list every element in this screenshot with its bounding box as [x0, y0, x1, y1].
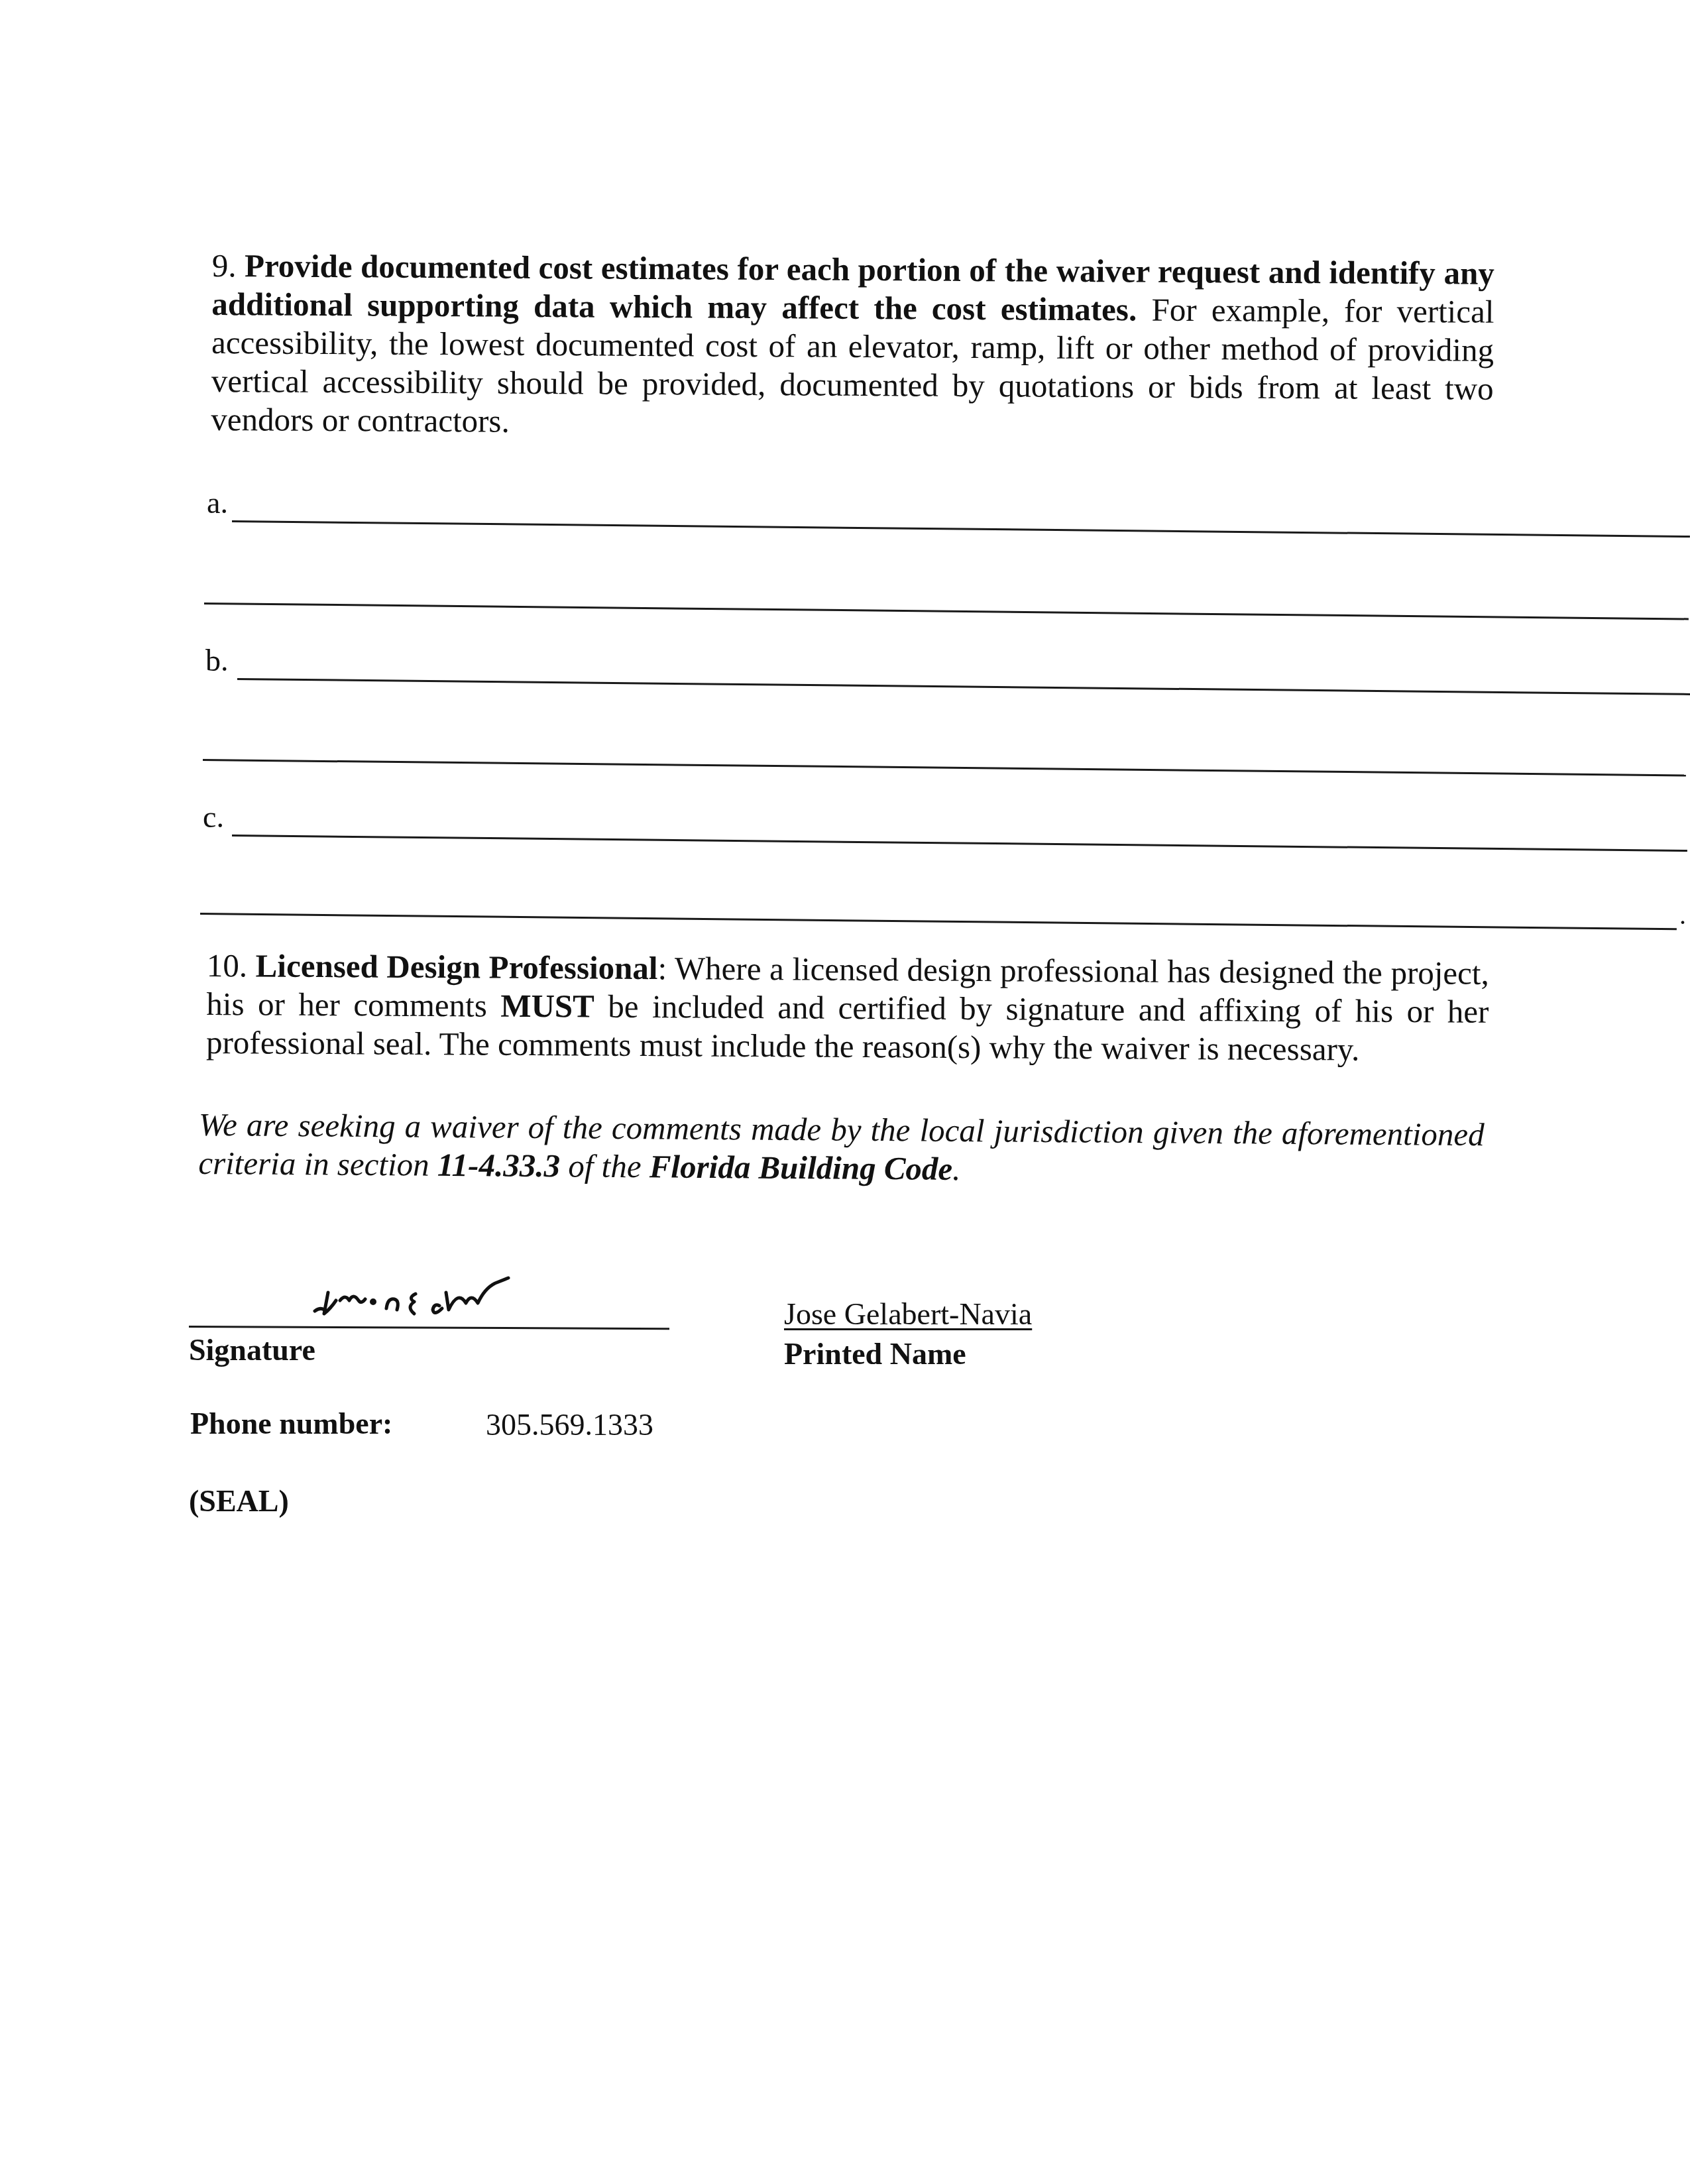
fill-in-label: b.	[205, 646, 229, 676]
statement-end: .	[952, 1151, 961, 1187]
fill-in-row: b.	[205, 640, 1690, 680]
fill-in-label: a.	[207, 488, 228, 518]
section-9-paragraph: 9. Provide documented cost estimates for…	[211, 247, 1494, 447]
code-name: Florida Building Code	[649, 1148, 953, 1187]
printed-name-label: Printed Name	[784, 1334, 1032, 1374]
fill-in-line[interactable]	[204, 603, 1689, 620]
section-9-number: 9.	[212, 247, 237, 284]
seal-label: (SEAL)	[189, 1483, 289, 1519]
section-10-title: Licensed Design Professional	[256, 947, 658, 986]
phone-row: Phone number: 305.569.1333	[190, 1405, 392, 1442]
fill-in-line[interactable]	[232, 834, 1687, 852]
phone-label: Phone number:	[190, 1407, 392, 1440]
fill-in-line[interactable]	[203, 759, 1686, 776]
fill-in-row	[204, 565, 1689, 604]
fill-in-row: a.	[207, 483, 1690, 522]
waiver-statement: We are seeking a waiver of the comments …	[198, 1106, 1485, 1192]
statement-text-2: of the	[568, 1147, 642, 1184]
handwritten-signature	[308, 1259, 600, 1332]
fill-in-row	[203, 721, 1686, 761]
printed-name-block: Jose Gelabert-Navia Printed Name	[784, 1296, 1032, 1374]
trailing-period: .	[1679, 899, 1686, 931]
phone-value: 305.569.1333	[486, 1407, 653, 1444]
fill-in-line[interactable]	[237, 678, 1690, 695]
section-reference: 11-4.33.3	[437, 1147, 561, 1184]
fill-in-row: c.	[203, 797, 1687, 836]
fill-in-label: c.	[203, 802, 224, 833]
fill-in-row: .	[200, 875, 1677, 915]
section-10-number: 10.	[207, 947, 248, 984]
printed-name-value: Jose Gelabert-Navia	[784, 1296, 1032, 1333]
fill-in-line[interactable]	[232, 520, 1690, 538]
must-emphasis: MUST	[500, 988, 594, 1025]
section-10-paragraph: 10. Licensed Design Professional: Where …	[206, 947, 1489, 1070]
section-10-colon: :	[657, 950, 667, 986]
fill-in-line[interactable]	[200, 913, 1677, 930]
signature-block: Signature	[189, 1246, 693, 1379]
signature-label: Signature	[189, 1332, 315, 1367]
